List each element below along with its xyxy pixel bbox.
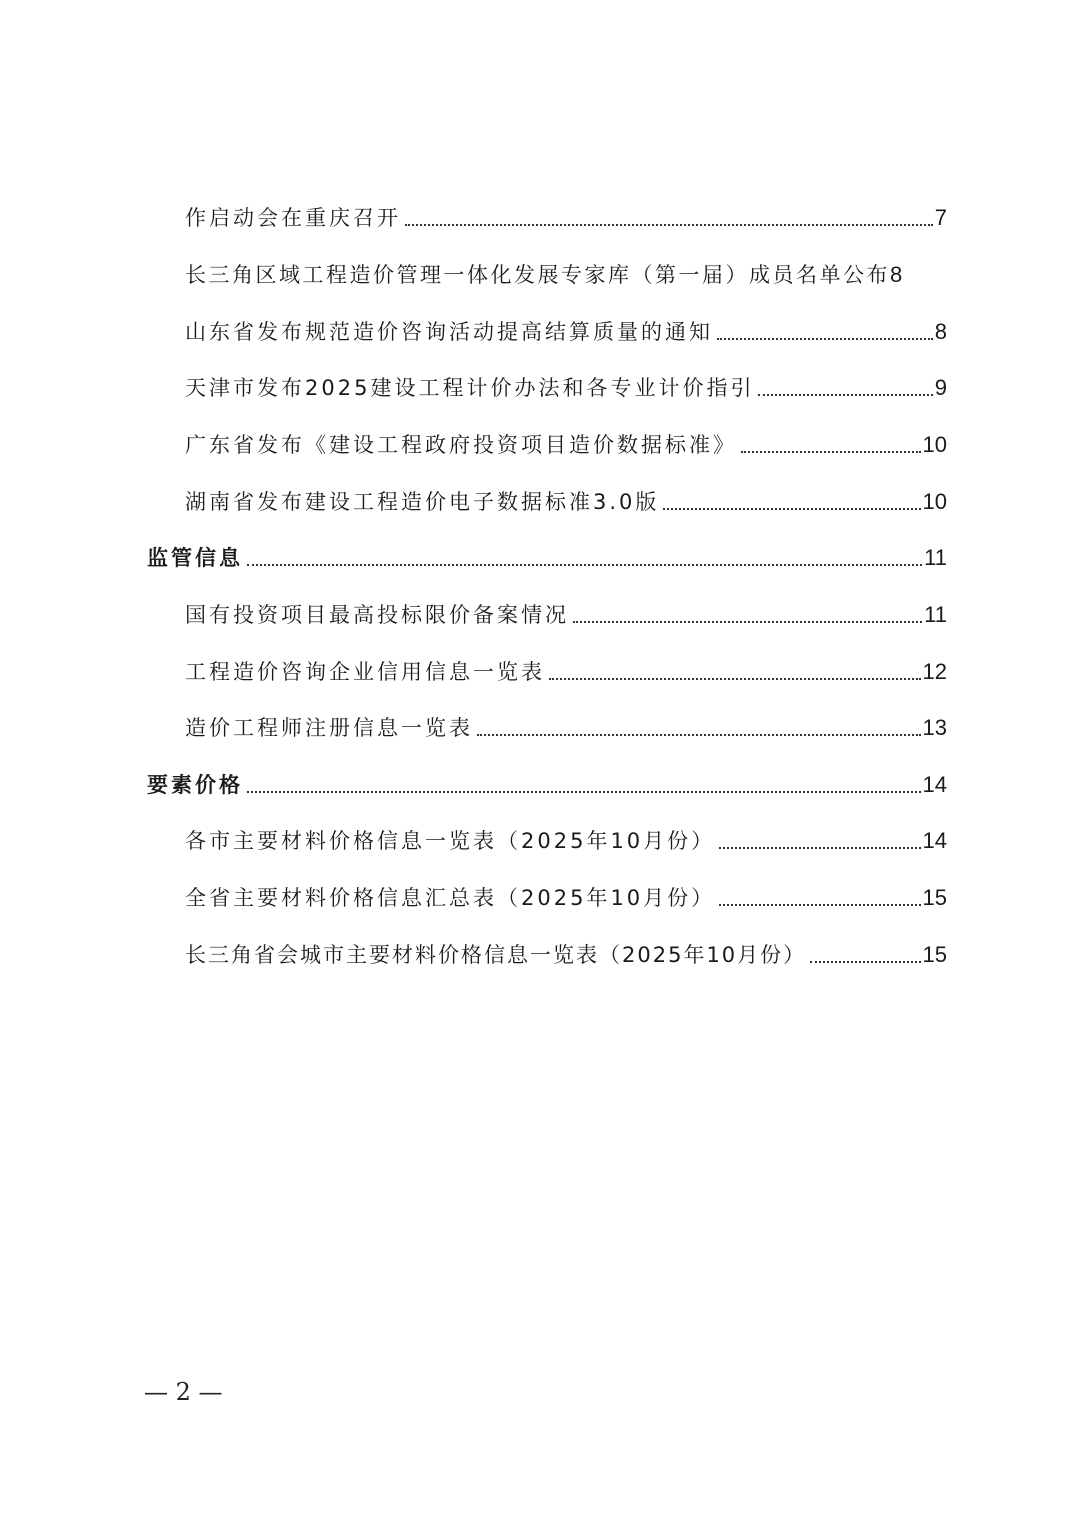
toc-entry-title: 工程造价咨询企业信用信息一览表 <box>185 658 545 686</box>
toc-entry-page: 7 <box>935 204 947 232</box>
toc-entry-title: 作启动会在重庆召开 <box>185 204 401 232</box>
toc-entry-title: 要素价格 <box>147 771 243 799</box>
toc-entry[interactable]: 广东省发布《建设工程政府投资项目造价数据标准》 10 <box>185 431 947 459</box>
toc-entry-page: 14 <box>923 827 947 855</box>
toc-entry-title: 监管信息 <box>147 544 243 572</box>
toc-entry[interactable]: 作启动会在重庆召开 7 <box>185 204 947 232</box>
toc-entry[interactable]: 长三角省会城市主要材料价格信息一览表（2025年10月份） 15 <box>185 941 947 969</box>
toc-entry[interactable]: 造价工程师注册信息一览表 13 <box>185 714 947 742</box>
toc-entry[interactable]: 天津市发布2025建设工程计价办法和各专业计价指引 9 <box>185 374 947 402</box>
toc-entry-title: 山东省发布规范造价咨询活动提高结算质量的通知 <box>185 318 713 346</box>
toc-entry-title: 全省主要材料价格信息汇总表（2025年10月份） <box>185 884 715 912</box>
toc-entry[interactable]: 各市主要材料价格信息一览表（2025年10月份） 14 <box>185 827 947 855</box>
toc-entry-title: 湖南省发布建设工程造价电子数据标准3.0版 <box>185 488 659 516</box>
toc-section-heading[interactable]: 监管信息 11 <box>147 544 947 572</box>
toc-entry-title: 国有投资项目最高投标限价备案情况 <box>185 601 569 629</box>
dot-leader <box>810 961 920 963</box>
toc-entry[interactable]: 国有投资项目最高投标限价备案情况 11 <box>185 601 947 629</box>
toc-entry-page: 14 <box>923 771 947 799</box>
toc-entry-page: 8 <box>935 318 947 346</box>
dot-leader <box>758 394 932 396</box>
toc-entry-page: 12 <box>923 658 947 686</box>
dot-leader <box>719 904 920 906</box>
dot-leader <box>663 508 920 510</box>
dot-leader <box>719 847 920 849</box>
toc-entry-page: 15 <box>923 884 947 912</box>
page-number: — 2 — <box>144 1378 223 1406</box>
toc-entry-title: 天津市发布2025建设工程计价办法和各专业计价指引 <box>185 374 754 402</box>
dot-leader <box>741 451 921 453</box>
toc-entry-page: 10 <box>923 488 947 516</box>
dot-leader <box>477 734 921 736</box>
toc-entry-page: 11 <box>924 544 947 572</box>
toc-entry-page: 9 <box>935 374 947 402</box>
toc-entry-title: 广东省发布《建设工程政府投资项目造价数据标准》 <box>185 431 737 459</box>
dot-leader <box>717 338 933 340</box>
dot-leader <box>573 621 922 623</box>
toc-entry[interactable]: 全省主要材料价格信息汇总表（2025年10月份） 15 <box>185 884 947 912</box>
toc-entry-page: 13 <box>923 714 947 742</box>
toc-entry-title: 各市主要材料价格信息一览表（2025年10月份） <box>185 827 715 855</box>
toc-entry-page: 11 <box>924 601 947 629</box>
toc-entry-page: 10 <box>923 431 947 459</box>
dot-leader <box>247 791 921 793</box>
toc-entry[interactable]: 工程造价咨询企业信用信息一览表 12 <box>185 658 947 686</box>
toc-entry-title: 造价工程师注册信息一览表 <box>185 714 473 742</box>
dot-leader <box>549 678 921 680</box>
toc-entry-page: 8 <box>890 261 902 289</box>
dot-leader <box>247 564 922 566</box>
toc-entry-page: 15 <box>923 941 947 969</box>
toc-entry-title: 长三角省会城市主要材料价格信息一览表（2025年10月份） <box>185 941 806 969</box>
dot-leader <box>405 224 933 226</box>
toc-section-heading[interactable]: 要素价格 14 <box>147 771 947 799</box>
toc-entry[interactable]: 长三角区域工程造价管理一体化发展专家库（第一届）成员名单公布 8 <box>185 261 960 289</box>
toc-entry[interactable]: 湖南省发布建设工程造价电子数据标准3.0版 10 <box>185 488 947 516</box>
toc-entry-title: 长三角区域工程造价管理一体化发展专家库（第一届）成员名单公布 <box>185 261 890 289</box>
toc-entry[interactable]: 山东省发布规范造价咨询活动提高结算质量的通知 8 <box>185 318 947 346</box>
